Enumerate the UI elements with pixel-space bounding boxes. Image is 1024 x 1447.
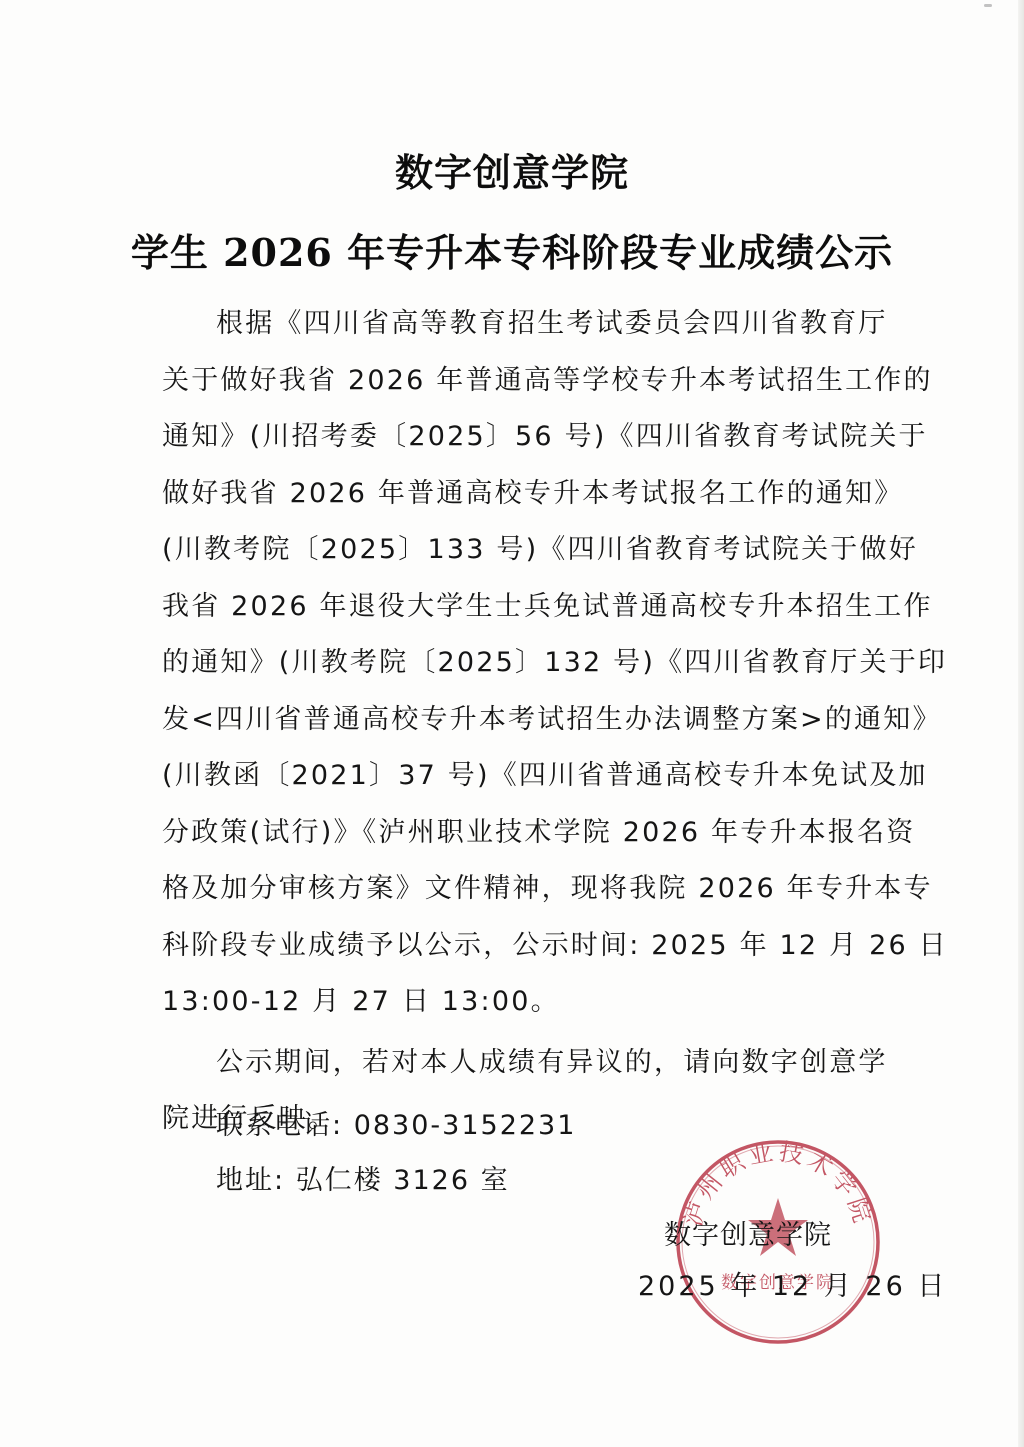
text-line: 分政策(试行)》《泸州职业技术学院 2026 年专升本报名资 xyxy=(162,805,880,862)
contact-address: 地址: 弘仁楼 3126 室 xyxy=(216,1158,510,1197)
document-body: 根据《四川省高等教育招生考试委员会四川省教育厅 关于做好我省 2026 年普通高… xyxy=(162,296,880,1148)
document-title: 学生 2026 年专升本专科阶段专业成绩公示 xyxy=(0,222,1024,277)
contact-phone: 联系电话: 0830-3152231 xyxy=(216,1103,576,1142)
text-line: 格及加分审核方案》文件精神，现将我院 2026 年专升本专 xyxy=(162,861,880,918)
text-line: 的通知》(川教考院〔2025〕132 号)《四川省教育厅关于印 xyxy=(162,635,880,692)
phone-value: 0830-3152231 xyxy=(354,1110,577,1141)
document-title-org: 数字创意学院 xyxy=(0,142,1024,197)
text-line: (川教函〔2021〕37 号)《四川省普通高校专升本免试及加 xyxy=(162,748,880,805)
address-label: 地址: xyxy=(216,1165,285,1196)
paragraph-basis: 根据《四川省高等教育招生考试委员会四川省教育厅 关于做好我省 2026 年普通高… xyxy=(162,296,880,1031)
text-line: 科阶段专业成绩予以公示，公示时间: 2025 年 12 月 26 日 xyxy=(162,918,880,975)
phone-label: 联系电话: xyxy=(216,1110,343,1141)
text-line: 根据《四川省高等教育招生考试委员会四川省教育厅 xyxy=(162,296,880,353)
signature-organization: 数字创意学院 xyxy=(664,1213,832,1252)
text-line: 13:00-12 月 27 日 13:00。 xyxy=(162,974,880,1031)
page-edge xyxy=(1018,0,1024,1447)
scan-artifact xyxy=(984,4,992,7)
text-line: 我省 2026 年退役大学生士兵免试普通高校专升本招生工作 xyxy=(162,579,880,636)
text-line: (川教考院〔2025〕133 号)《四川省教育考试院关于做好 xyxy=(162,522,880,579)
text-line: 公示期间，若对本人成绩有异议的，请向数字创意学 xyxy=(162,1035,880,1092)
text-line: 关于做好我省 2026 年普通高等学校专升本考试招生工作的 xyxy=(162,353,880,410)
signature-date: 2025 年 12 月 26 日 xyxy=(638,1264,947,1303)
text-line: 做好我省 2026 年普通高校专升本考试报名工作的通知》 xyxy=(162,466,880,523)
text-line: 发<四川省普通高校专升本考试招生办法调整方案>的通知》 xyxy=(162,692,880,749)
address-value: 弘仁楼 3126 室 xyxy=(296,1165,510,1196)
text-line: 通知》(川招考委〔2025〕56 号)《四川省教育考试院关于 xyxy=(162,409,880,466)
